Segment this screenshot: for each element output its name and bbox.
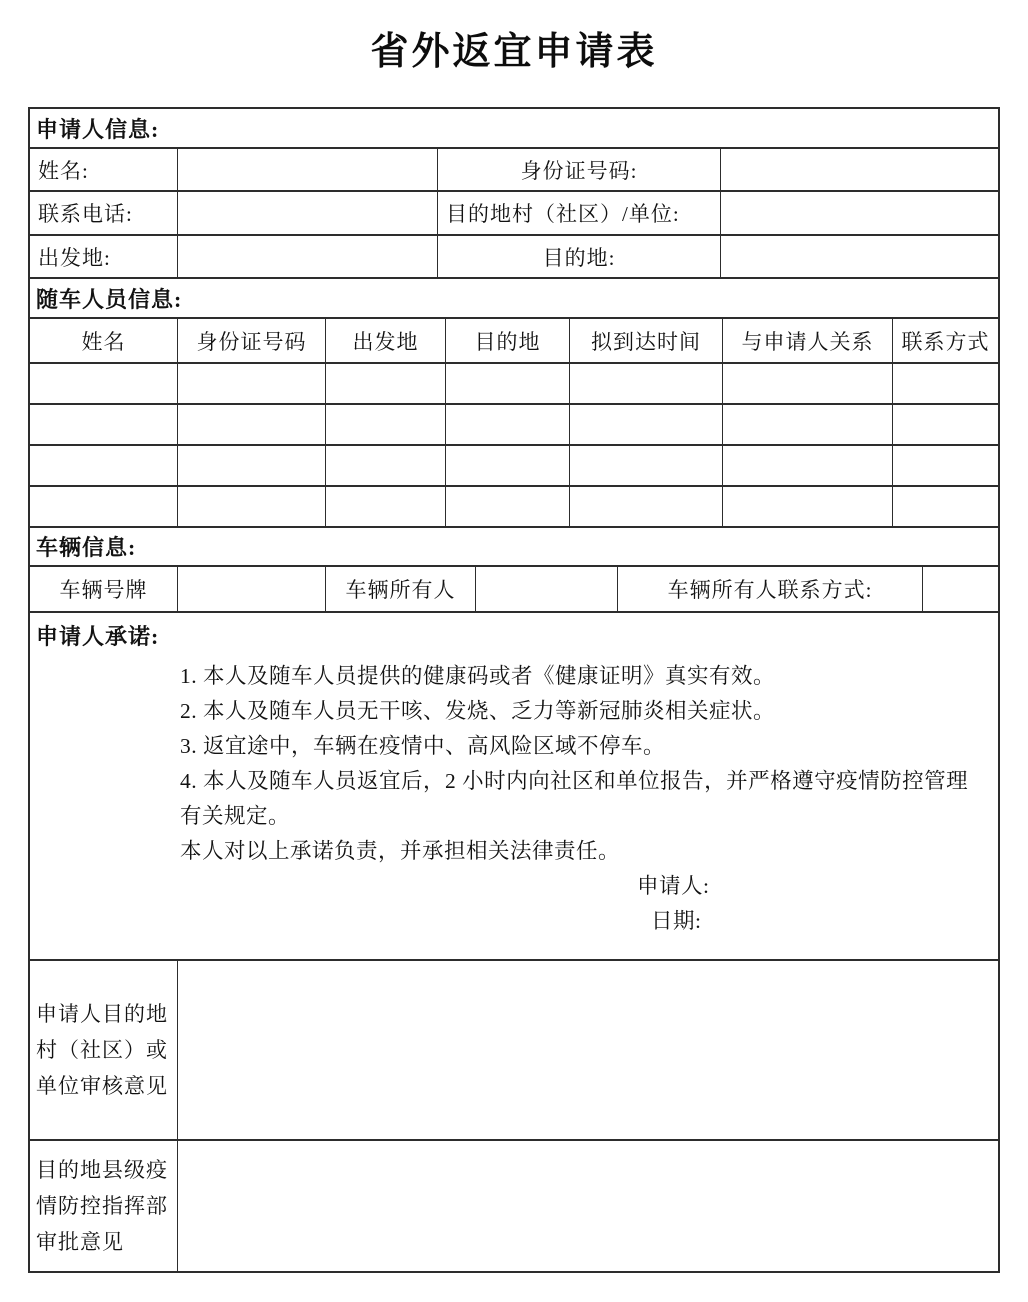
phone-label: 联系电话:: [30, 192, 177, 234]
commitment-closing: 本人对以上承诺负责，并承担相关法律责任。: [180, 834, 978, 869]
owner-input-cell[interactable]: [475, 567, 617, 611]
applicant-row-phone: 联系电话: 目的地村（社区）/单位:: [30, 192, 998, 236]
applicant-signature-label[interactable]: 申请人:: [180, 869, 978, 904]
companion-cell[interactable]: [445, 487, 569, 526]
companion-cell[interactable]: [722, 487, 892, 526]
name-label: 姓名:: [30, 149, 177, 190]
companion-cell[interactable]: [30, 487, 177, 526]
id-number-label: 身份证号码:: [437, 149, 720, 190]
companions-col-id-number: 身份证号码: [177, 319, 325, 362]
companion-cell[interactable]: [569, 487, 722, 526]
companion-cell[interactable]: [892, 364, 998, 403]
companion-cell[interactable]: [177, 405, 325, 444]
departure-input-cell[interactable]: [177, 236, 437, 277]
destination-input-cell[interactable]: [720, 236, 998, 277]
county-approval-row: 目的地县级疫情防控指挥部审批意见: [30, 1141, 998, 1271]
plate-label: 车辆号牌: [30, 567, 177, 611]
companion-cell[interactable]: [569, 364, 722, 403]
companion-cell[interactable]: [892, 446, 998, 485]
companion-cell[interactable]: [177, 487, 325, 526]
companion-cell[interactable]: [30, 364, 177, 403]
page-title: 省外返宜申请表: [0, 0, 1028, 75]
companion-cell[interactable]: [722, 405, 892, 444]
companions-col-name: 姓名: [30, 319, 177, 362]
id-number-input-cell[interactable]: [720, 149, 998, 190]
destination-village-label: 目的地村（社区）/单位:: [437, 192, 720, 234]
companion-cell[interactable]: [445, 446, 569, 485]
application-form-table: 申请人信息: 姓名: 身份证号码: 联系电话: 目的地村（社区）/单位: 出发地…: [28, 107, 1000, 1273]
companions-header-row: 姓名 身份证号码 出发地 目的地 拟到达时间 与申请人关系 联系方式: [30, 319, 998, 364]
companion-cell[interactable]: [325, 405, 445, 444]
companion-cell[interactable]: [325, 446, 445, 485]
county-approval-area[interactable]: [177, 1141, 998, 1271]
companion-row: [30, 364, 998, 405]
village-review-label: 申请人目的地村（社区）或单位审核意见: [30, 961, 177, 1139]
companion-cell[interactable]: [445, 405, 569, 444]
companion-row: [30, 446, 998, 487]
companions-info-header: 随车人员信息:: [30, 279, 998, 317]
departure-label: 出发地:: [30, 236, 177, 277]
companions-col-destination: 目的地: [445, 319, 569, 362]
companion-row: [30, 405, 998, 446]
companion-cell[interactable]: [722, 364, 892, 403]
companion-row: [30, 487, 998, 528]
companions-col-arrival-time: 拟到达时间: [569, 319, 722, 362]
companions-col-relationship: 与申请人关系: [722, 319, 892, 362]
companion-cell[interactable]: [892, 487, 998, 526]
vehicle-row: 车辆号牌 车辆所有人 车辆所有人联系方式:: [30, 567, 998, 613]
owner-contact-label: 车辆所有人联系方式:: [617, 567, 922, 611]
name-input-cell[interactable]: [177, 149, 437, 190]
village-review-row: 申请人目的地村（社区）或单位审核意见: [30, 961, 998, 1141]
destination-village-input-cell[interactable]: [720, 192, 998, 234]
plate-input-cell[interactable]: [177, 567, 325, 611]
companion-cell[interactable]: [569, 446, 722, 485]
companion-cell[interactable]: [177, 364, 325, 403]
companions-info-header-row: 随车人员信息:: [30, 279, 998, 319]
companion-cell[interactable]: [30, 446, 177, 485]
village-review-area[interactable]: [177, 961, 998, 1139]
companions-col-contact: 联系方式: [892, 319, 998, 362]
commitment-cell: 申请人承诺: 1. 本人及随车人员提供的健康码或者《健康证明》真实有效。 2. …: [30, 613, 998, 959]
vehicle-info-header: 车辆信息:: [30, 528, 998, 565]
owner-contact-input-cell[interactable]: [922, 567, 998, 611]
companion-cell[interactable]: [892, 405, 998, 444]
destination-label: 目的地:: [437, 236, 720, 277]
commitment-header: 申请人承诺:: [36, 621, 992, 653]
owner-label: 车辆所有人: [325, 567, 475, 611]
companion-cell[interactable]: [177, 446, 325, 485]
companion-cell[interactable]: [722, 446, 892, 485]
vehicle-info-header-row: 车辆信息:: [30, 528, 998, 567]
date-label[interactable]: 日期:: [180, 904, 978, 939]
companion-cell[interactable]: [30, 405, 177, 444]
county-approval-label: 目的地县级疫情防控指挥部审批意见: [30, 1141, 177, 1271]
phone-input-cell[interactable]: [177, 192, 437, 234]
applicant-row-name: 姓名: 身份证号码:: [30, 149, 998, 192]
applicant-row-departure: 出发地: 目的地:: [30, 236, 998, 279]
applicant-info-header: 申请人信息:: [30, 109, 998, 147]
companion-cell[interactable]: [325, 364, 445, 403]
commitment-body: 1. 本人及随车人员提供的健康码或者《健康证明》真实有效。 2. 本人及随车人员…: [180, 659, 978, 939]
application-form-page: 省外返宜申请表 申请人信息: 姓名: 身份证号码: 联系电话: 目的地村（社区）…: [0, 0, 1028, 1302]
commitment-item-2: 2. 本人及随车人员无干咳、发烧、乏力等新冠肺炎相关症状。: [180, 694, 978, 729]
commitment-item-4: 4. 本人及随车人员返宜后，2 小时内向社区和单位报告，并严格遵守疫情防控管理有…: [180, 764, 978, 834]
commitment-item-1: 1. 本人及随车人员提供的健康码或者《健康证明》真实有效。: [180, 659, 978, 694]
companions-col-departure: 出发地: [325, 319, 445, 362]
companion-cell[interactable]: [569, 405, 722, 444]
commitment-item-3: 3. 返宜途中，车辆在疫情中、高风险区域不停车。: [180, 729, 978, 764]
commitment-row: 申请人承诺: 1. 本人及随车人员提供的健康码或者《健康证明》真实有效。 2. …: [30, 613, 998, 961]
companion-cell[interactable]: [445, 364, 569, 403]
applicant-info-header-row: 申请人信息:: [30, 109, 998, 149]
companion-cell[interactable]: [325, 487, 445, 526]
